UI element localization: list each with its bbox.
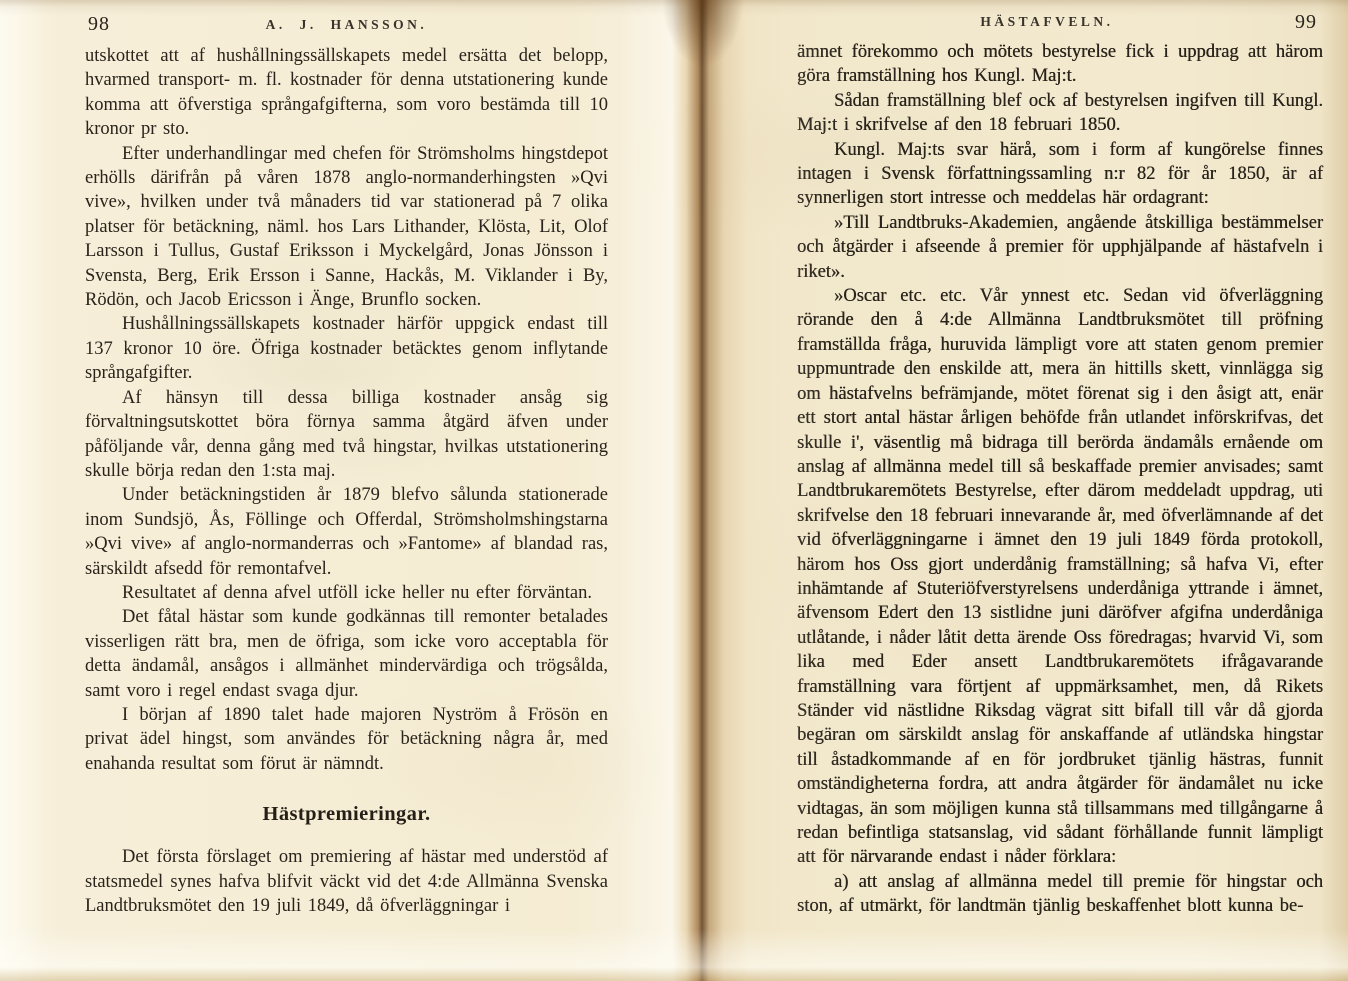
- page-left-text-column: utskottet att af hushållningssällskapets…: [85, 44, 608, 918]
- book-scan: { "colors": { "paper": "#f5ecd3", "ink":…: [0, 0, 1348, 981]
- paragraph: Efter underhandlingar med chefen för Str…: [85, 142, 608, 313]
- paragraph: Kungl. Maj:ts svar härå, som i form af k…: [797, 138, 1323, 211]
- section-heading: Hästpremieringar.: [85, 803, 608, 826]
- paragraph: Sådan framställning blef ock af bestyrel…: [797, 89, 1323, 138]
- paragraph: Det fåtal hästar som kunde godkännas til…: [85, 605, 608, 703]
- paragraph: ämnet förekommo och mötets bestyrelse fi…: [797, 40, 1323, 89]
- paragraph: »Till Landtbruks-Akademien, angående åts…: [797, 211, 1323, 284]
- paragraph: »Oscar etc. etc. Vår ynnest etc. Sedan v…: [797, 284, 1323, 870]
- paragraph: Af hänsyn till dessa billiga kostnader a…: [85, 386, 608, 484]
- page-number-right: 99: [1295, 11, 1317, 34]
- paragraph: utskottet att af hushållningssällskapets…: [85, 44, 608, 142]
- page-right-text-column: ämnet förekommo och mötets bestyrelse fi…: [797, 40, 1323, 919]
- paragraph: Under betäckningstiden år 1879 blefvo så…: [85, 483, 608, 581]
- running-header-right: HÄSTAFVELN.: [797, 14, 1297, 30]
- paragraph: Hushållningssällskapets kostnader härför…: [85, 312, 608, 385]
- paragraph: Resultatet af denna afvel utföll icke he…: [85, 581, 608, 605]
- paragraph: I början af 1890 talet hade majoren Nyst…: [85, 703, 608, 776]
- paragraph: a) att anslag af allmänna medel till pre…: [797, 870, 1323, 919]
- paragraph: Det första förslaget om premiering af hä…: [85, 845, 608, 918]
- running-header-left: A. J. HANSSON.: [85, 17, 608, 33]
